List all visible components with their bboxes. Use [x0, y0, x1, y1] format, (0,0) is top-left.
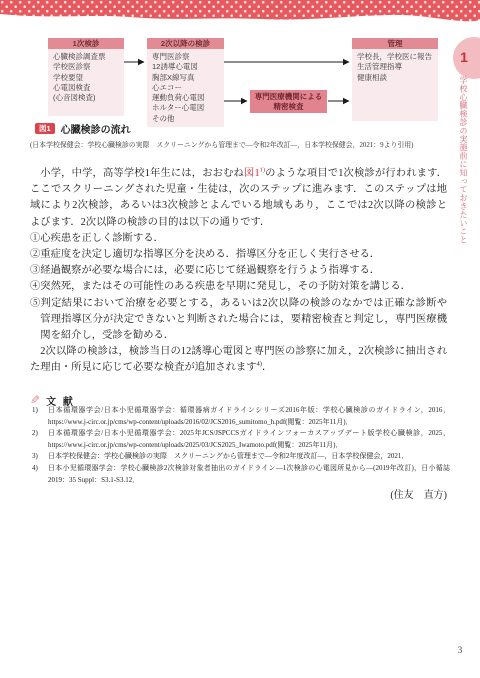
flow-item: 胸部X線写真: [152, 73, 219, 83]
flow-box-primary-screening: 1次検診 心臓検診調査票 学校医診察 学校要望 心電図検査 (心音図検査): [48, 38, 124, 116]
reference-number: 4): [32, 463, 38, 475]
flow-item: 生活管理指導: [357, 62, 433, 72]
flow-box-header: 2次以降の検診: [147, 38, 224, 49]
reference-item: 1) 日本循環器学会/日本小児循環器学会：循環器病ガイドラインシリーズ2016年…: [30, 405, 450, 428]
goal-item: ②重症度を決定し適切な指導区分を決める．指導区分を正しく実行させる．: [30, 247, 447, 263]
reference-item: 3) 日本学校保健会：学校心臓検診の実際 スクリーニングから管理まで―令和2年度…: [30, 451, 450, 463]
flow-box-header: 1次検診: [48, 38, 124, 49]
body-text: 小学，中学，高等学校1年生には，おおむね図11)のような項目で1次検診が行われま…: [30, 166, 447, 377]
flow-item: 専門医診察: [152, 52, 219, 62]
flow-item: 運動負荷心電図: [152, 93, 219, 103]
figure-label-chip: 図1: [35, 123, 55, 134]
reference-item: 2) 日本循環器学会/日本小児循環器学会：2025年JCS/JSPCCSガイドラ…: [30, 428, 450, 451]
reference-number: 3): [32, 451, 38, 463]
goal-item: ④突然死，またはその可能性のある疾患を早期に発見し，その予防対策を講じる．: [30, 279, 447, 295]
goal-item: ③経過観察が必要な場合には，必要に応じて経過観察を行うよう指導する．: [30, 263, 447, 279]
reference-text: 日本学校保健会：学校心臓検診の実際 スクリーニングから管理まで―令和2年度改訂―…: [48, 452, 408, 460]
flow-item: 心電図検査: [53, 83, 119, 93]
figure-caption: 図1 心臓検診の流れ: [35, 122, 131, 135]
reference-number: 1): [32, 405, 38, 417]
paragraph-1: 小学，中学，高等学校1年生には，おおむね図11)のような項目で1次検診が行われま…: [30, 166, 447, 231]
figure-reference: 図1: [244, 168, 260, 179]
flow-item: 12誘導心電図: [152, 62, 219, 72]
para2-text: ．: [262, 362, 272, 373]
document-page: 1 学校心臓検診の実施前に知っておきたいこと 1次検診 心臓検診調査票 学校医診…: [0, 0, 480, 678]
flow-item: 心エコー: [152, 83, 219, 93]
goal-item: ⑤判定結果において治療を必要とする，あるいは2次以降の検診のなかでは正確な診断や…: [30, 296, 447, 345]
figure-source: (日本学校保健会：学校心臓検診の実際 スクリーニングから管理まで―令和2年改訂―…: [30, 139, 450, 149]
references-list: 1) 日本循環器学会/日本小児循環器学会：循環器病ガイドラインシリーズ2016年…: [30, 405, 450, 486]
flow-item: その他: [152, 114, 219, 124]
para2-text: 2次以降の検診は，検診当日の12誘導心電図と専門医の診察に加え，2次検診に抽出さ…: [30, 346, 447, 373]
referral-line2: 精密検査: [274, 102, 304, 112]
flow-box-referral: 専門医療機関による 精密検査: [250, 90, 327, 113]
reference-text: 日本小児循環器学会：学校心臓検診2次検診対象者抽出のガイドライン―1次検診の心電…: [48, 464, 450, 484]
flow-box-management: 管理 学校長，学校医に報告 生活管理指導 健康相談: [352, 38, 438, 121]
flow-item: 学校長，学校医に報告: [357, 52, 433, 62]
flow-box-header: 管理: [352, 38, 438, 49]
reference-text: 日本循環器学会/日本小児循環器学会：2025年JCS/JSPCCSガイドラインフ…: [48, 429, 450, 449]
flow-box-secondary-screening: 2次以降の検診 専門医診察 12誘導心電図 胸部X線写真 心エコー 運動負荷心電…: [147, 38, 224, 127]
flow-item: 学校医診察: [53, 62, 119, 72]
flow-item: 心臓検診調査票: [53, 52, 119, 62]
flow-item: (心音図検査): [53, 93, 119, 103]
screening-goals-list: ①心疾患を正しく診断する． ②重症度を決定し適切な指導区分を決める．指導区分を正…: [30, 231, 447, 344]
goal-item: ①心疾患を正しく診断する．: [30, 231, 447, 247]
reference-number: 2): [32, 428, 38, 440]
flow-item: 健康相談: [357, 73, 433, 83]
referral-line1: 専門医療機関による: [255, 92, 323, 102]
reference-item: 4) 日本小児循環器学会：学校心臓検診2次検診対象者抽出のガイドライン―1次検診…: [30, 463, 450, 486]
page-number: 3: [450, 645, 470, 655]
author-name: (住友 直方): [30, 486, 447, 501]
para1-text: 小学，中学，高等学校1年生には，おおむね: [40, 168, 244, 179]
paragraph-2: 2次以降の検診は，検診当日の12誘導心電図と専門医の診察に加え，2次検診に抽出さ…: [30, 344, 447, 376]
reference-text: 日本循環器学会/日本小児循環器学会：循環器病ガイドラインシリーズ2016年版：学…: [48, 406, 450, 426]
flow-item: 学校要望: [53, 73, 119, 83]
flow-item: ホルター心電図: [152, 103, 219, 113]
flowchart-figure: 1次検診 心臓検診調査票 学校医診察 学校要望 心電図検査 (心音図検査) 2次…: [0, 0, 480, 130]
figure-title: 心臓検診の流れ: [61, 121, 131, 136]
